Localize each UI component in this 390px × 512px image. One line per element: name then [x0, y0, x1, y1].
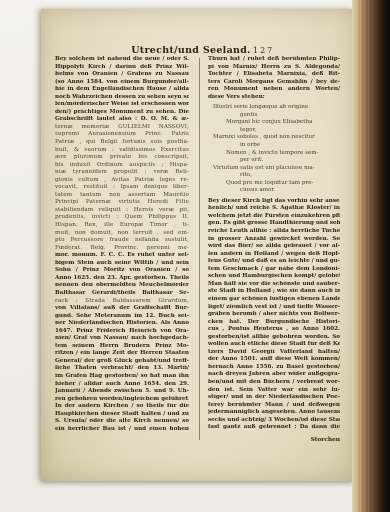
text-line: Quod pro me loquitur tam pre- [213, 180, 340, 188]
text-line: General/ der groß Glück gehabt/und treff… [55, 358, 189, 366]
text-line: tatem tantum non assertam Mauritio [55, 192, 189, 200]
text-line: liche Thaten verbracht/ den 13. Martii/ [55, 365, 189, 373]
text-line: vocavit, restituit : Ipsam denique liber… [55, 184, 189, 192]
text-line: Balthasar Gerardi/theils Balthasar Se- [55, 290, 189, 298]
text-line: gräben herumb / aber nichts von Bollwer- [208, 311, 340, 319]
left-column: Bey solchem ist nahend die neue / oder S… [55, 56, 189, 444]
text-line: supremi Aurasionensium Princ. Patris [55, 131, 189, 139]
text-line: wollen auch etliche diese Stadt für deß … [208, 341, 340, 349]
text-line: In der andern Kirchen / so theils für di… [55, 403, 189, 411]
text-line: ein herrlicher Bau ist / und einen hohen [55, 426, 189, 434]
text-block: Bey solchem ist nahend die neue / oder S… [55, 56, 340, 444]
text-line: nach dreyen Jahren aber wider außgegra- [208, 371, 340, 379]
text-line: ben/und mit den Büchern / verbrent wor- [208, 379, 340, 387]
text-line: ste Stadt in Holland ; wie sie dann auch… [208, 288, 340, 296]
text-line: von Villafans/ auß der Graffschafft Bur- [55, 305, 189, 313]
text-line: len/mörderischer Weise ist erschossen wo… [55, 101, 189, 109]
running-head-title: Utrecht/und Seeland. [111, 45, 271, 56]
text-line: Anno 1625. den 23. Apr. gestorben. Theil… [55, 275, 189, 283]
text-line: henlich/ und reiche S. Agathæ Kloster/ i… [208, 205, 340, 213]
text-line: Morgani hic conjux Elisabetha [213, 119, 340, 127]
right-column: Thurn hat / ruhet deß berühmten Philip-p… [208, 56, 340, 444]
book-binding-edge [352, 0, 390, 512]
text-line: jedermänniglich angesehen. Anno tausend [208, 409, 340, 417]
text-line: Man hält sie vor die schönste und sauber… [208, 281, 340, 289]
text-line: mor. monum. F. C. C. Es ruhet unter sel- [55, 252, 189, 260]
text-line: cus , Pontus Heuterus , so Anno 1602. [208, 326, 340, 334]
text-line: einem gar schönen lustigen ebenen Lande [208, 296, 340, 304]
text-line: len andern in Holland / wegen deß Hopf- [208, 251, 340, 259]
latin-epitaph-verse: Illustri serie longæque ab originegentis… [208, 104, 340, 195]
text-line: gionis cultum , Avitas Patriæ leges re- [55, 177, 189, 185]
text-line: Bey solchem ist nahend die neue / oder S… [55, 56, 189, 64]
text-line: ritzen / ein lange Zeit der Herren Staat… [55, 350, 189, 358]
text-line: Marnixi soboles , quod non nescitur [213, 134, 340, 142]
text-line: ternæ memoriæ GULIELMI NASSOVI, [55, 124, 189, 132]
text-line: hernach Anno 1556. zu Basel gestorben/ [208, 364, 340, 372]
text-line: gen. Es gibt grosse Handthierung und seh… [208, 220, 340, 228]
text-line: Principi Paternæ virtutis Heredi Filio [55, 199, 189, 207]
text-line: hie in dem Engelländischen Hause / allda [55, 86, 189, 94]
text-line: pto Percussore fraude nefanda sustulit, [55, 237, 189, 245]
text-line: ters Caroli Morgans Gemahlin / bey de- [208, 79, 340, 87]
text-line: Sohn / Prinz Moritz von Oranien / so [55, 267, 189, 275]
text-line: Grabschrifft lautet also : D. O. M. & æ- [55, 116, 189, 124]
text-line: gund. Sehe Meteranum im 12. Buch sei- [55, 313, 189, 321]
text-line: stiger/ und in der Niederländischen Poe- [208, 394, 340, 402]
text-line: in grosser Anzahl gewircket werden. So [208, 236, 340, 244]
text-line: helms von Oranien / Grafens zu Nassau [55, 71, 189, 79]
text-line: reiche Leuth allhie : allda herrliche Tü… [208, 228, 340, 236]
text-line: Januarii / Abends zwischen 5. und 9. Uh- [55, 388, 189, 396]
text-line: bis induxit Ordinum auspiciis ; Hispa- [55, 162, 189, 170]
text-line: Hauptkirchen dieser Stadt halten / und z… [55, 411, 189, 419]
text-line: liget/ ziemlich vest ist / und tieffe Wa… [208, 304, 340, 312]
text-line: S. Ursula/ oder die alte Kirch nennen/ s… [55, 418, 189, 426]
text-line: ciosus amor. [213, 187, 340, 195]
right-column-intro: Thurn hat / ruhet deß berühmten Philip-p… [208, 56, 340, 101]
text-line: sechs und achtzig/ 3 Wochen/ist diese St… [208, 417, 340, 425]
text-line: Patriæ , qui Belgii fortunis suis postha… [55, 139, 189, 147]
text-line: im Grafen Hag gestorben/ so hat man ihn [55, 373, 189, 381]
text-line: tzers David Georgii Vatterland halten/ [208, 349, 340, 357]
book-page: Utrecht/und Seeland. 127 Bey solchem ist… [41, 9, 354, 481]
text-line: welchem jetzt die Fürsten einzukehren pf… [208, 213, 340, 221]
text-line: wird das Bier/ so allda gebrauet / vor a… [208, 243, 340, 251]
text-line: Thurn hat / ruhet deß berühmten Philip- [208, 56, 340, 64]
text-line: buit, & suorum : validissimos Exercitus [55, 147, 189, 155]
text-line: pi von Marnix/ Herrn zu S. Aldegonda/ [208, 64, 340, 72]
text-line: fens Güte/ und daß es an leichte / und g… [208, 258, 340, 266]
text-line: schen und Hamburgischen kompt/ gelobet. [208, 273, 340, 281]
text-line: 1647. Prinz Friderich Heinrich von Ora- [55, 328, 189, 336]
text-line: tegor, [213, 127, 340, 135]
text-line: tem Geschmack / gar nahe dem Londoni- [208, 266, 340, 274]
text-line: hieher / alldar auch Anno 1654. den 29. [55, 381, 189, 389]
text-line: diese Vers stehen: [208, 94, 340, 102]
page-number: 127 [253, 46, 274, 55]
text-line: (so Anno 1584. von einem Burgunder/all- [55, 79, 189, 87]
text-line: cken hat. Der Burgundische Histori- [208, 319, 340, 327]
text-line: ren gebohren worden/ingleichem geführet. [55, 396, 189, 404]
text-line: der Anno 1501. auff diese Welt kommen/ [208, 356, 340, 364]
catchword: Storchen [208, 437, 340, 443]
text-line: tem seinem Herrn Brudern Prinz Mo- [55, 343, 189, 351]
right-column-body: Bey dieser Kirch ligt das vorhin sehr an… [208, 198, 340, 432]
text-line: ren Monument neben andern Worten/ [208, 86, 340, 94]
text-line: rack : Strada Baldassarem Girardum, [55, 298, 189, 306]
text-line: niæ tyrannidem propulit : veræ Reli- [55, 169, 189, 177]
text-line: fast gantz auß gebrennet : Da dann die [208, 424, 340, 432]
text-line: Virtutum satis est uni placuisse ma- [213, 165, 340, 173]
text-line: Tochter / Elisabeta Marnixia, deß Rit- [208, 71, 340, 79]
text-line: Nomen , & invicto tempore sem- [213, 150, 340, 158]
text-line: prudentis, invicti : Quem Philippus II. [55, 214, 189, 222]
text-line: gentis [213, 112, 340, 120]
text-line: den ist. Sein Vatter war ein sehr lu- [208, 387, 340, 395]
text-line: in orbe [213, 142, 340, 150]
text-line: gestorben/ist allhie gebohren worden. So [208, 334, 340, 342]
column-divider-rule [199, 58, 200, 440]
text-line: Bey dieser Kirch ligt das vorhin sehr an… [208, 198, 340, 206]
text-line: muit, non domuit, non terruit , sed em- [55, 230, 189, 238]
text-line: terey berühmter Mann / und deßwegen [208, 402, 340, 410]
text-line: Illustri serie longæque ab origine [213, 104, 340, 112]
text-line: stabiliendam reliquit : Herois veræ pii, [55, 207, 189, 215]
text-line: Hippolyti Kirch / darinn deß Prinz Wil- [55, 64, 189, 72]
text-line: den/) prächtiges Monument zu sehen. Die [55, 109, 189, 117]
text-line: nennen den obermeldten Meuchelmörder [55, 282, 189, 290]
text-line: ære plurimum privato bis conscripsit, [55, 154, 189, 162]
text-line: ner Niederländischen Historien. Als Anno [55, 320, 189, 328]
text-line: bigem Stein auch seine Wittib / und sein [55, 260, 189, 268]
text-line: noch Wahrzeichen dessen zu sehen seyn so… [55, 94, 189, 102]
text-line: rito, [213, 172, 340, 180]
scanned-book-page: { "header": { "title": "Utrecht/und Seel… [0, 0, 390, 512]
text-line: Fœderat. Belg. Provinc. perenni me- [55, 245, 189, 253]
text-line: per erit. [213, 157, 340, 165]
text-line: nien/ Graf von Nassau/ nach hochgedach- [55, 335, 189, 343]
text-line: Hispan. Rex, ille Europæ Timor , ti- [55, 222, 189, 230]
